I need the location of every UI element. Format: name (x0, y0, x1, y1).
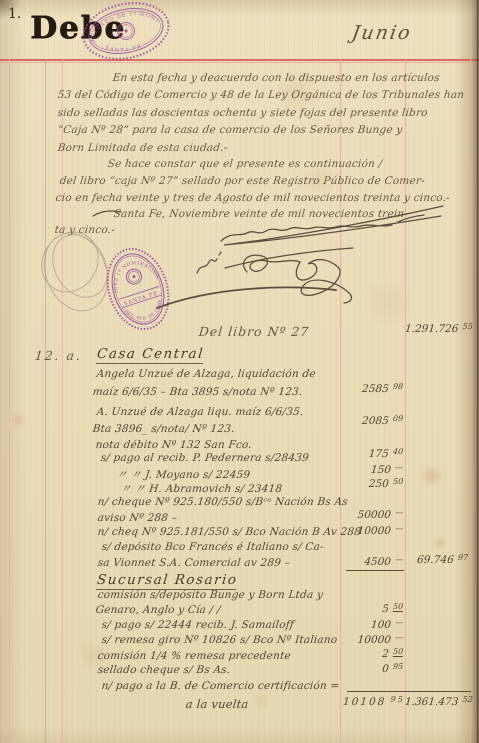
stamp-mid-bottom-text: REG. PUB. DE COMERCIO (91, 238, 167, 330)
entry-line: n/ cheque Nº 925.180/550 s/Bᶜᵒ Nación Bs… (97, 496, 348, 508)
entry-line: Genaro, Anglo y Cía / / (95, 604, 221, 616)
certificate-line: ta y cinco.- (54, 224, 116, 236)
margin-line-gray (45, 59, 46, 743)
amount-cell: 258598 (342, 382, 403, 395)
amount-cell: 100— (342, 618, 403, 631)
entry-line: comisión s/depósito Bunge y Born Ltda y (97, 589, 324, 601)
entry-line: sellado cheque s/ Bs As. (97, 664, 231, 676)
amount-cell: 50000— (342, 508, 403, 521)
month-header: Junio (350, 22, 413, 44)
certificate-line: sido selladas las doscientas ochenta y s… (57, 107, 428, 119)
entry-line: n/ pago a la B. de Comercio certificació… (101, 680, 340, 692)
entry-line: s/ depósito Bco Francés é Italiano s/ Ca… (101, 541, 324, 553)
amount-col-line-2 (405, 59, 406, 743)
amount-cell: 10000— (342, 524, 403, 537)
section-heading-casa-central: Casa Central (96, 346, 205, 364)
flourish-strokes (93, 206, 443, 308)
ledger-page: 1. Debe Junio JUZGADO DE 1ª NOMINACION ·… (0, 0, 479, 743)
entry-line: s/ remesa giro Nº 10826 s/ Bco Nº Italia… (101, 634, 338, 646)
entry-line: sa Vionnet S.A. Comercial av 289 – (97, 557, 291, 569)
entry-line: nota débito Nº 132 San Fco. (95, 439, 252, 451)
stamp-mid-arc-text: JUEZ 1ª NOMINACION (105, 254, 161, 296)
certificate-line: Born Limitada de esta ciudad.- (57, 142, 228, 154)
page-edge-line (477, 0, 478, 743)
amount-cell-subtotal: 69.74697 (404, 553, 468, 566)
amount-cell: 550 (342, 602, 403, 615)
certificate-line: Santa Fe, Noviembre veinte de mil noveci… (113, 208, 409, 220)
margin-date: 12. a. (34, 348, 83, 363)
amount-cell: 25050 (342, 477, 403, 490)
totals-rule (347, 691, 471, 692)
entry-line: Bta 3896_ s/nota/ Nº 123. (92, 423, 235, 435)
subtotal-rule (346, 570, 404, 571)
entry-line: maíz 6/6/35 – Bta 3895 s/nota Nº 123. (92, 386, 303, 398)
stamp-mid-band-text: SANTA FE (123, 291, 159, 308)
certificate-line: 53 del Código de Comercio y 48 de la Ley… (57, 89, 465, 101)
notary-stamp-mid: JUEZ 1ª NOMINACION SANTA FE REG. PUB. DE… (94, 238, 181, 340)
certificate-line: “Caja Nº 28” para la casa de comercio de… (57, 124, 403, 136)
entry-line: A. Unzué de Alzaga liqu. maíz 6/6/35. (96, 406, 304, 418)
entry-line: 〃 〃 H. Abramovich s/ 23418 (120, 481, 283, 496)
certificate-line: cio en fecha veinte y tres de Agosto de … (55, 192, 451, 204)
header-rule-main (0, 59, 479, 61)
entry-line: 〃 〃 J. Moyano s/ 22459 (116, 467, 251, 482)
amount-cell: 17540 (342, 447, 403, 460)
total-debe: 1010895 (342, 695, 403, 708)
carry-forward-label: a la vuelta (185, 697, 249, 711)
amount-cell: 208509 (342, 414, 403, 427)
debit-header: Debe (30, 10, 126, 46)
section-heading-sucursal-rosario: Sucursal Rosario (96, 572, 238, 590)
total-saldo: 1.361.47352 (404, 695, 468, 708)
entry-line: n/ cheq Nº 925.181/550 s/ Bco Nación B A… (97, 526, 362, 538)
margin-line-far-left (9, 59, 10, 743)
certificate-line: Se hace constar que el presente es conti… (107, 158, 383, 170)
entry-line: s/ pago al recib. P. Pedernera s/28439 (100, 452, 310, 464)
balance-forward-amount: 1.291.72655 (404, 322, 468, 335)
certificate-line: del libro “caja Nº 27” sellado por este … (59, 175, 425, 187)
margin-line-pink (62, 59, 63, 743)
certificate-line: En esta fecha y deacuerdo con lo dispues… (112, 72, 440, 84)
entry-line: Angela Unzué de Alzaga, liquidación de (96, 368, 316, 380)
entry-line: s/ pago s/ 22444 recib. J. Samailoff (101, 619, 295, 631)
amount-cell: 4500— (342, 555, 403, 568)
amount-cell: 250 (342, 647, 403, 660)
pencil-scribble (31, 221, 119, 320)
entry-line: comisión 1/4 % remesa precedente (97, 650, 291, 662)
entry-line: aviso Nº 288 – (97, 512, 178, 524)
page-number: 1. (8, 6, 21, 22)
amount-cell: 10000— (342, 633, 403, 646)
amount-cell: 095 (342, 662, 403, 675)
header-rule-shadow (0, 62, 479, 63)
book-reference: Del libro Nº 27 (198, 324, 310, 339)
amount-cell: 150— (342, 463, 403, 476)
